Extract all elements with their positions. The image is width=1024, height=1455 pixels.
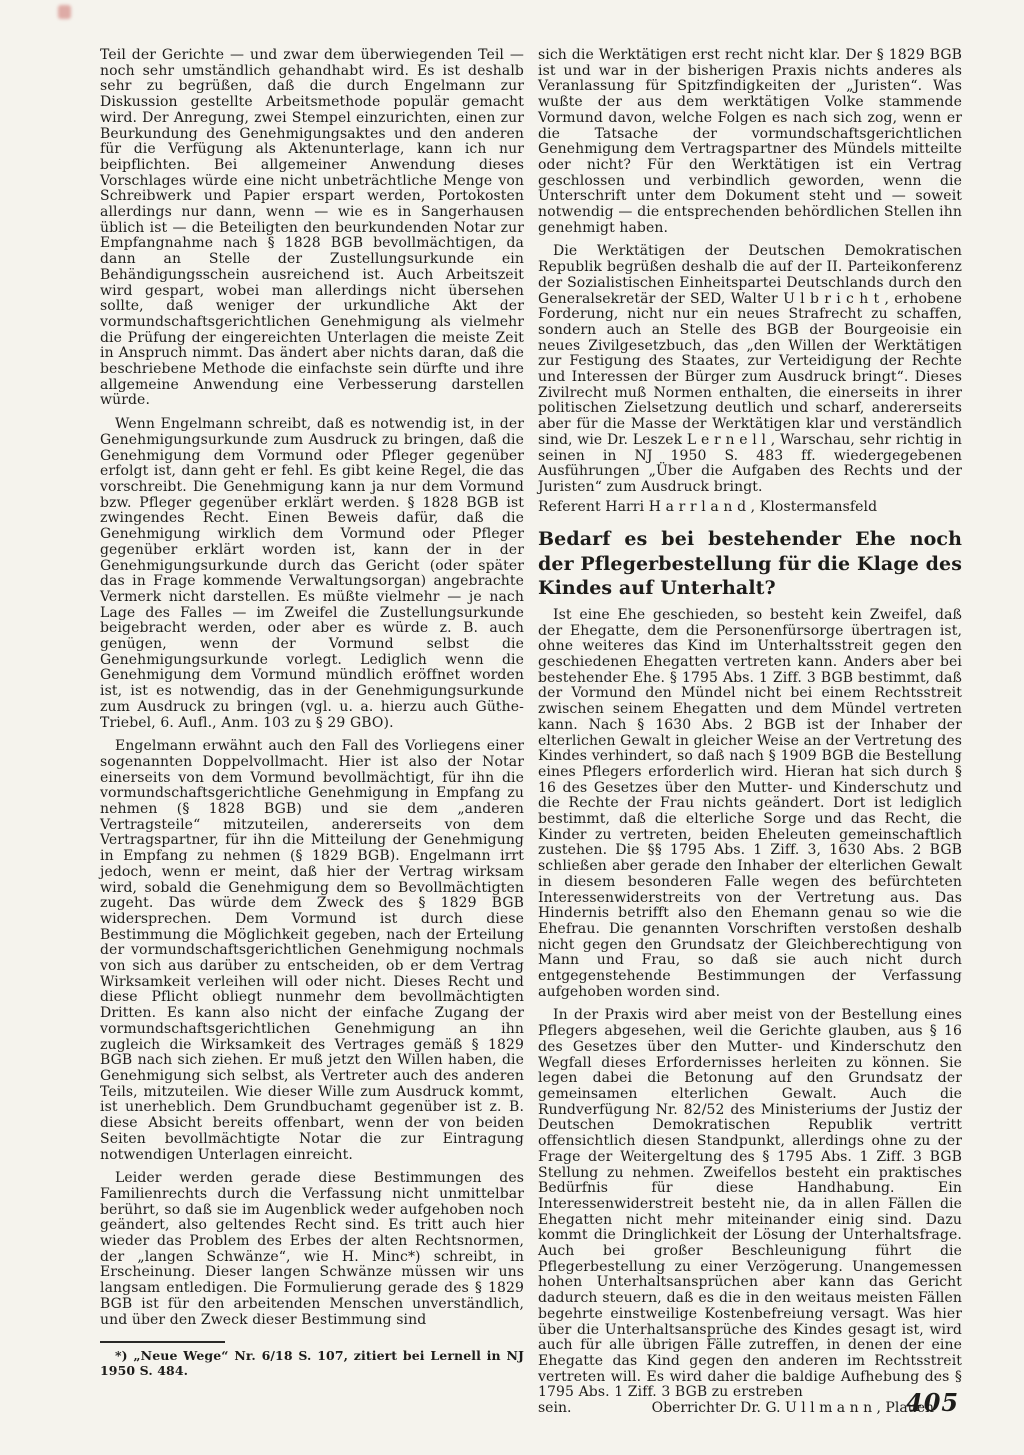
journal-page: Teil der Gerichte — und zwar dem überwie… [0,0,1024,1455]
author-signature-harrland: Referent Harri H a r r l a n d , Kloster… [538,500,962,516]
right-paragraph-continuation: sich die Werktätigen erst recht nicht kl… [538,48,962,236]
right-column: sich die Werktätigen erst recht nicht kl… [538,48,962,1417]
red-ink-smudge [58,5,71,19]
author-signature-ullmann: Oberrichter Dr. G. U l l m a n n , Plaue… [652,1401,934,1417]
article-heading: Bedarf es bei bestehender Ehe noch der P… [538,527,962,601]
left-paragraph-3: Engelmann erwähnt auch den Fall des Vorl… [100,739,524,1163]
footnote-separator-rule [100,1341,225,1343]
article2-paragraph-2: In der Praxis wird aber meist von der Be… [538,1008,962,1401]
paragraph-last-word: sein. [538,1401,571,1417]
left-paragraph-2: Wenn Engelmann schreibt, daß es notwendi… [100,417,524,731]
article2-paragraph-1: Ist eine Ehe geschieden, so besteht kein… [538,608,962,1001]
right-paragraph-2: Die Werktätigen der Deutschen Demokratis… [538,244,962,495]
left-column: Teil der Gerichte — und zwar dem überwie… [100,48,524,1417]
left-paragraph-4: Leider werden gerade diese Bestimmungen … [100,1171,524,1328]
closing-line: sein. Oberrichter Dr. G. U l l m a n n ,… [538,1401,962,1417]
two-column-layout: Teil der Gerichte — und zwar dem überwie… [100,48,962,1417]
page-number: 405 [906,1388,959,1417]
footnote: *) „Neue Wege“ Nr. 6/18 S. 107, zitiert … [100,1349,524,1378]
left-paragraph-continuation: Teil der Gerichte — und zwar dem überwie… [100,48,524,409]
